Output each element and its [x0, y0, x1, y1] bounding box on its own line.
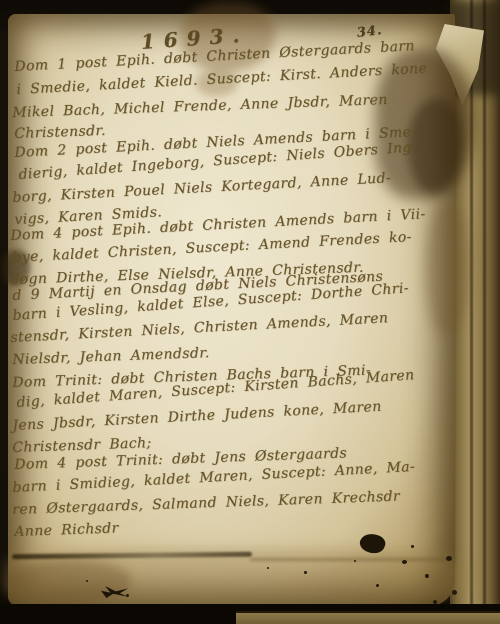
manuscript-page: 1693. 34. Dom 1 post Epih. døbt Christen…	[8, 14, 455, 606]
manuscript-line: Anne Richsdr	[14, 520, 119, 540]
ink-spatter-dot	[425, 574, 429, 578]
manuscript-line: Nielsdr, Jehan Amendsdr.	[12, 345, 210, 368]
page-number: 34.	[356, 23, 383, 41]
smudge-line	[250, 558, 455, 561]
ink-spatter-dot	[411, 545, 414, 548]
ink-spatter-dot	[267, 567, 269, 569]
ink-spatter-dot	[452, 590, 457, 595]
ink-spatter-dot	[126, 594, 129, 597]
ink-spatter-dot	[354, 560, 356, 562]
ink-spatter-dot	[376, 584, 379, 587]
ink-spatter-dot	[402, 560, 407, 564]
ink-spatter-dot	[86, 580, 88, 582]
ink-spatter-dot	[304, 571, 307, 574]
manuscript-line: Mikel Bach, Michel Frende, Anne Jbsdr, M…	[12, 92, 388, 121]
manuscript-photo: 1693. 34. Dom 1 post Epih. døbt Christen…	[0, 0, 500, 624]
manuscript-line: Christensdr.	[14, 123, 106, 142]
underlying-page-edge	[236, 611, 500, 624]
ink-spatter-dot	[446, 556, 452, 561]
